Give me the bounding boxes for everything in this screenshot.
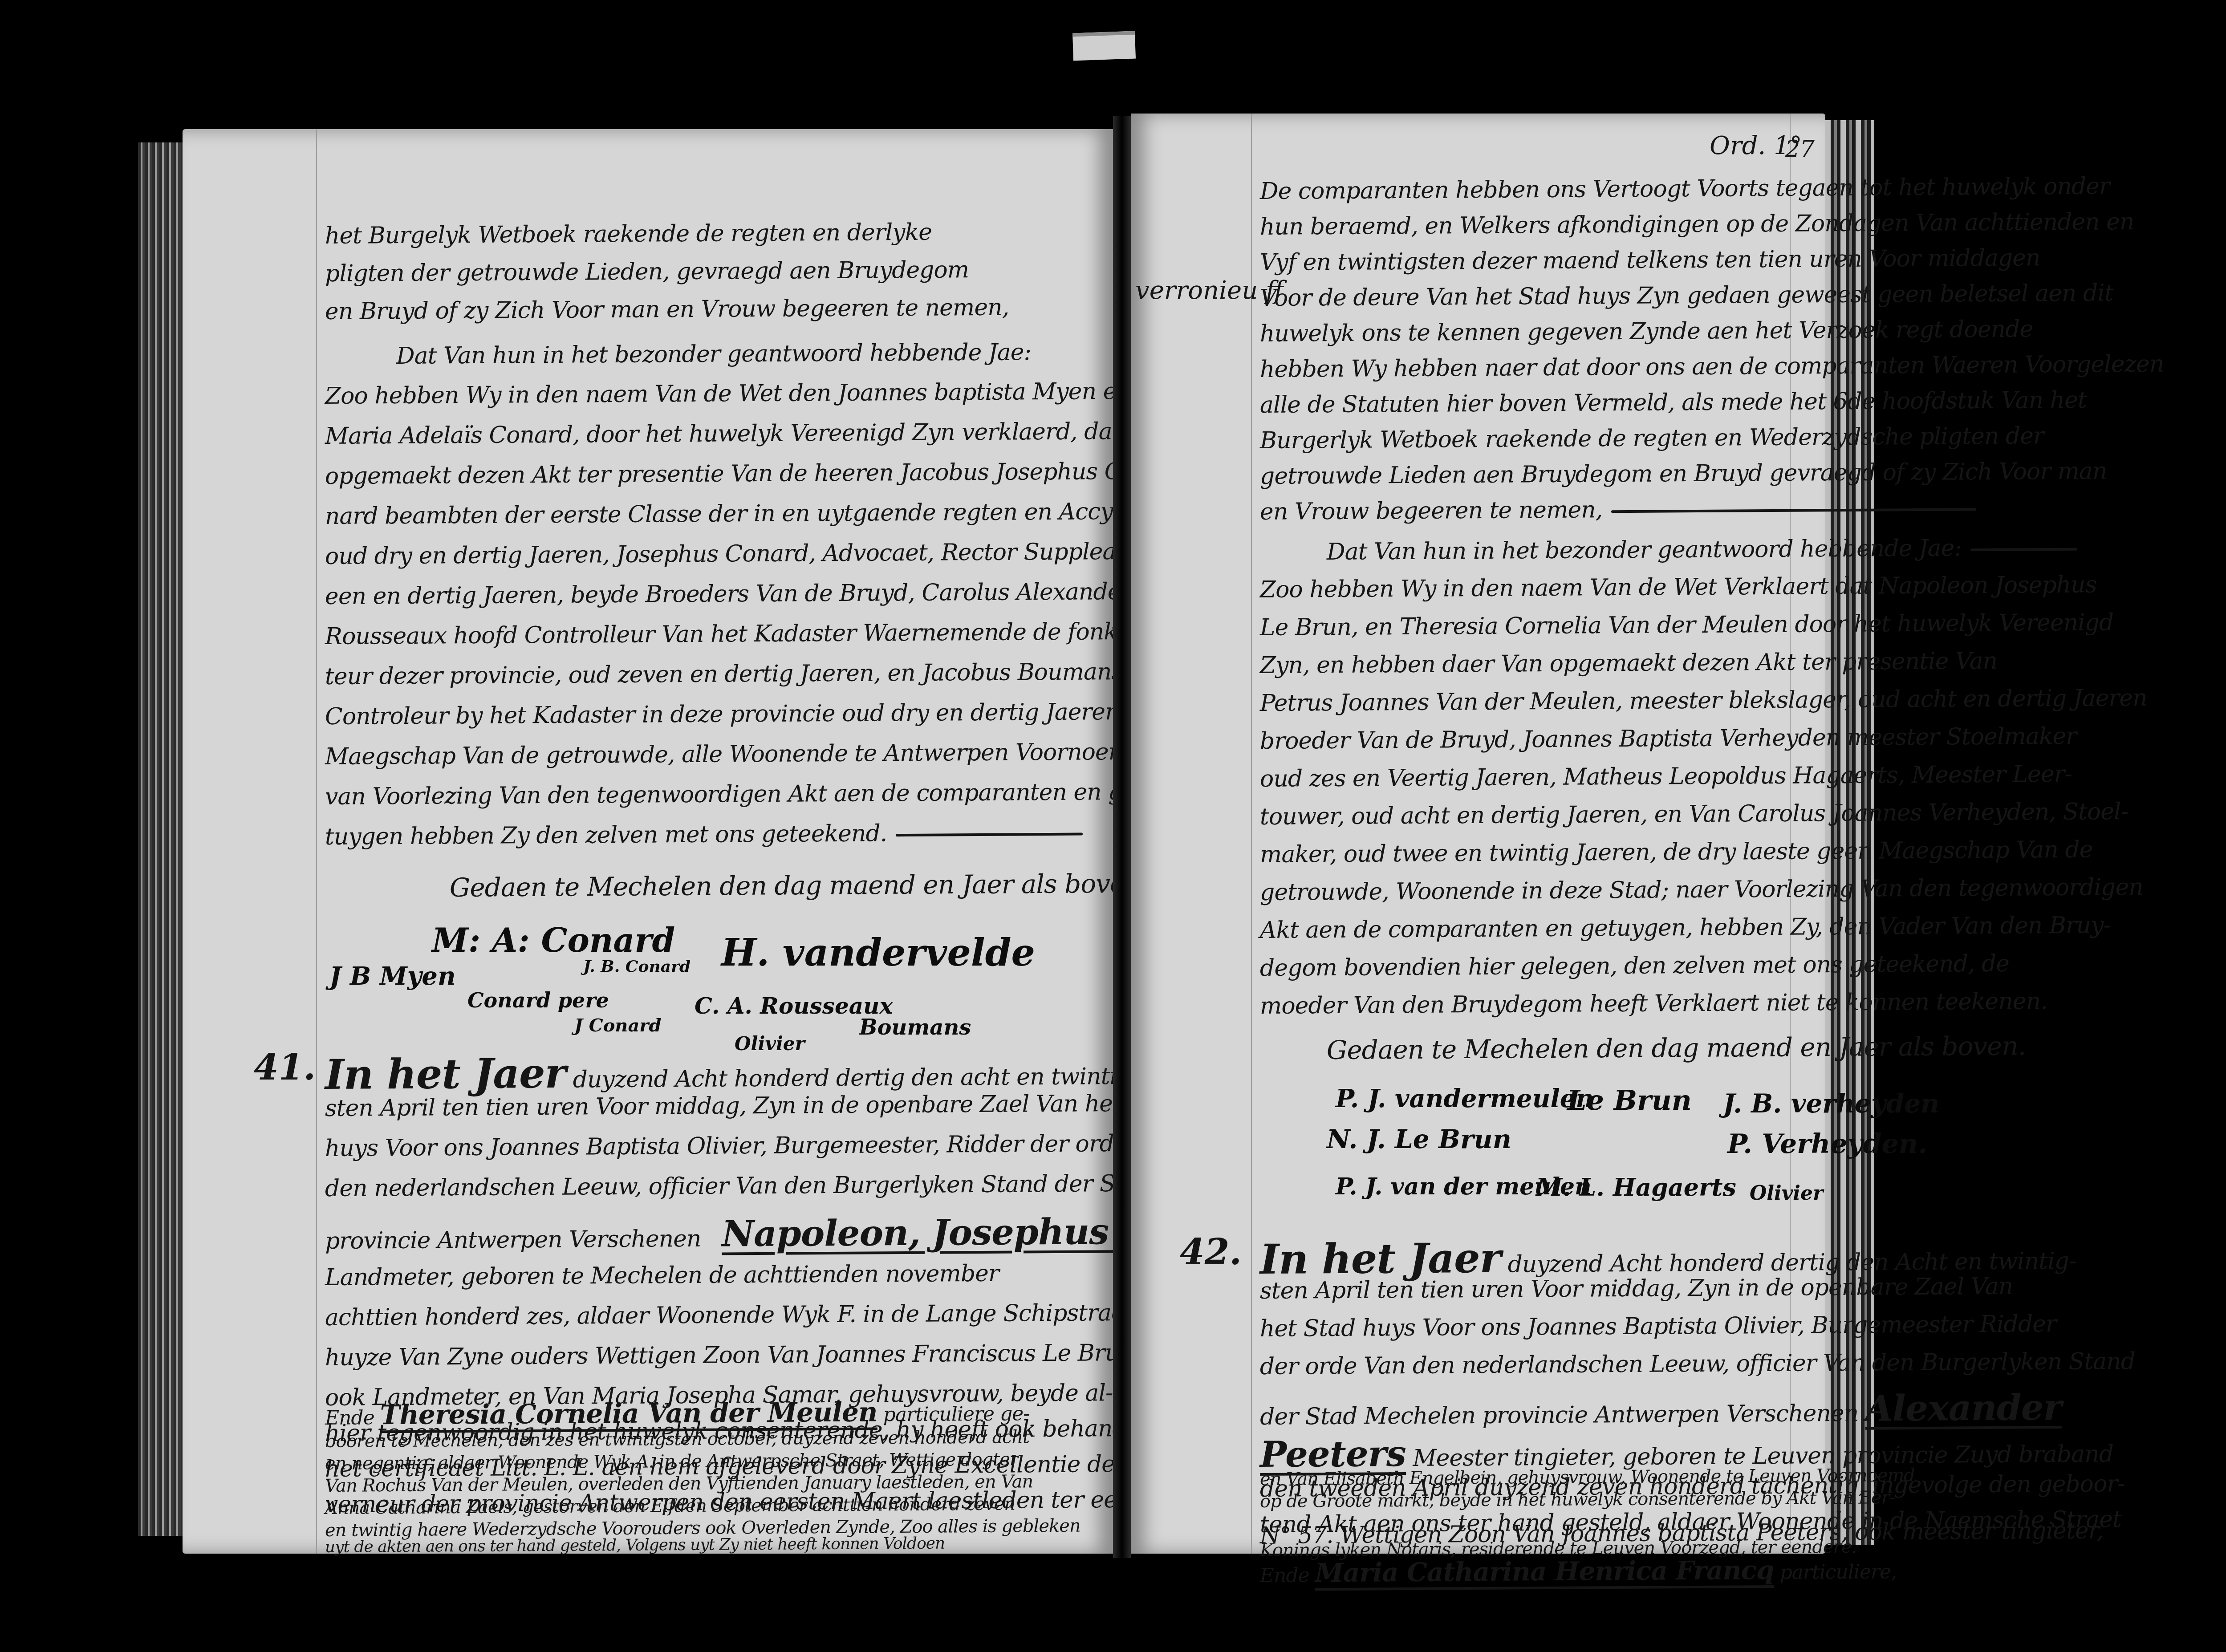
text-line: het Stad huys Voor ons Joannes Baptista … [1260,1311,2056,1342]
text-span: particuliere, [1779,1560,1897,1584]
text-line: De comparanten hebben ons Vertoogt Voort… [1260,173,2110,205]
text-line: maker, oud twee en twintig Jaeren, de dr… [1260,836,2093,868]
entry-number: 41. [254,1046,316,1088]
bride-prefix: Ende [325,1406,374,1429]
text-span: tuygen hebben Zy den zelven met ons gete… [325,820,887,850]
text-line: alle de Statuten hier boven Vermeld, als… [1260,387,2087,418]
text-line: huys Voor ons Joannes Baptista Olivier, … [325,1130,1170,1162]
closing-formula: Gedaen te Mechelen den dag maend en Jaer… [450,868,1149,903]
text-span: Dat Van hun in het bezonder geantwoord h… [1327,535,1962,565]
text-line: oud dry en dertig Jaeren, Josephus Conar… [325,538,1195,570]
text-line: Zoo hebben Wy in den naem Van de Wet den… [325,378,1131,410]
text-line: Zoo hebben Wy in den naem Van de Wet Ver… [1260,572,2097,603]
line-filler-rule [1970,548,2077,551]
text-line: huwelyk ons te kennen gegeven Zynde aen … [1260,316,2033,347]
text-line: Le Brun, en Theresia Cornelia Van der Me… [1260,609,2114,641]
text-line: Anna Catharina Zaels, gestorven den Elfd… [325,1494,1015,1518]
text-line: sten April ten tien uren Voor middag, Zy… [325,1090,1180,1122]
text-line: Voor de deure Van het Stad huys Zyn geda… [1260,280,2113,312]
text-line: en Bruyd of zy Zich Voor man en Vrouw be… [325,294,1009,325]
entry-number: 42. [1180,1231,1242,1273]
entry-opening: In het Jaer [325,1049,566,1099]
bride-line: Ende Theresia Cornelia Van der Meulen pa… [325,1396,1030,1431]
closing-formula: Gedaen te Mechelen den dag maend en Jaer… [1327,1031,2026,1065]
signature: J Conard [574,1015,661,1036]
signature: Boumans [859,1015,971,1040]
text-line: Petrus Joannes Van der Meulen, meester b… [1260,685,2147,717]
signature: N. J. Le Brun [1327,1124,1511,1154]
text-line: Dat Van hun in het bezonder geantwoord h… [1327,534,2077,565]
text-line: pligten der getrouwde Lieden, gevraegd a… [325,256,969,287]
text-span: en Vrouw begeeren te nemen, [1260,496,1603,525]
text-span: duyzend Acht honderd dertig den acht en … [573,1063,1138,1093]
text-line: Dat Van hun in het bezonder geantwoord h… [396,339,1031,369]
signature: Conard pere [467,988,609,1012]
bride-name: Maria Catharina Henrica Francq [1315,1555,1774,1588]
text-line: uyt de akten aen ons ter hand gesteld, V… [325,1534,945,1556]
text-line: Zyn, en hebben daer Van opgemaekt dezen … [1260,648,1998,679]
text-line: booren te Mechelen, den zes en twintigst… [325,1427,1030,1452]
text-line: oud zes en Veertig Jaeren, Matheus Leopo… [1260,761,2072,792]
signature: M. L. Hagaerts [1536,1173,1736,1201]
text-line: huyze Van Zyne ouders Wettigen Zoon Van … [325,1339,1134,1371]
text-line: sten April ten tien uren Voor middag, Zy… [1260,1273,2013,1304]
text-line: achttien honderd zes, aldaer Woonende Wy… [325,1299,1184,1331]
line-filler-rule [896,832,1083,836]
signature: M: A: Conard [432,921,675,960]
text-line: het Burgelyk Wetboek raekende de regten … [325,219,932,249]
text-line: teur dezer provincie, oud zeven en derti… [325,658,1123,690]
text-span: der Stad Mechelen provincie Antwerpen Ve… [1260,1400,1858,1430]
text-line: en Vrouw begeeren te nemen, [1260,494,1976,525]
groom-first-name: Alexander [1865,1386,2062,1429]
text-line: Akt aen de comparanten en getuygen, hebb… [1260,912,2111,944]
text-span: particuliere ge- [883,1402,1029,1426]
text-span: provincie Antwerpen Verschenen [325,1226,701,1254]
bride-line: Ende Maria Catharina Henrica Francq part… [1260,1554,1897,1588]
text-line: Landmeter, geboren te Mechelen de achtti… [325,1260,999,1291]
text-line: opgemaekt dezen Akt ter presentie Van de… [325,458,1143,490]
right-page: Ord. 1° 27 verronieu ff De comparanten h… [1131,114,1825,1554]
text-line: Van Rochus Van der Meulen, overleden den… [325,1471,1033,1496]
text-line: van Voorlezing Van den tegenwoordigen Ak… [325,779,1143,810]
text-line: Vyf en twintigsten dezer maend telkens t… [1260,244,2040,276]
signature: P. J. vandermeulen [1336,1084,1594,1113]
signature: J. B. verheyden [1723,1088,1939,1119]
text-line: en negentig, aldaer Woonende Wyk A. in d… [325,1449,1018,1474]
text-line: getrouwde, Woonende in deze Stad; naer V… [1260,874,2143,906]
signature: J. B. Conard [583,957,691,976]
text-line: nard beambten der eerste Classe der in e… [325,498,1174,530]
text-line: tuygen hebben Zy den zelven met ons gete… [325,819,1083,850]
text-line: hun beraemd, en Welkers afkondigingen op… [1260,208,2134,240]
signature: P. Verheyden. [1727,1128,1927,1160]
bride-prefix: Ende [1260,1564,1309,1587]
folio-number: 27 [1785,136,1815,162]
text-line: touwer, oud acht en dertig Jaeren, en Va… [1260,798,2128,830]
text-line: Burgerlyk Wetboek raekende de regten en … [1260,422,2044,454]
book-gutter [1113,116,1131,1558]
text-line: moeder Van den Bruydegom heeft Verklaert… [1260,988,2047,1019]
line-filler-rule [1611,508,1976,513]
text-line: op de Groote markt, beyde in het huwelyk… [1260,1487,1895,1512]
text-line: degom bovendien hier gelegen, den zelven… [1260,950,2009,982]
signature: J B Myen [329,962,456,991]
left-margin-rule [1251,114,1252,1554]
text-line: hebben Wy hebben naer dat door ons aen d… [1260,351,2164,383]
left-page: het Burgelyk Wetboek raekende de regten … [183,129,1113,1554]
text-line: Maegschap Van de getrouwde, alle Woonend… [325,739,1151,770]
signature: Le Brun [1567,1084,1692,1116]
bride-name: Theresia Cornelia Van der Meulen [380,1396,877,1431]
text-line: der Stad Mechelen provincie Antwerpen Ve… [1260,1386,2062,1433]
text-line: en Van Elisabeth Engelbein, gehuysvrouw,… [1260,1465,1915,1490]
top-paper-tab [1072,31,1136,61]
text-line: Maria Adelaïs Conard, door het huwelyk V… [325,418,1185,450]
signature: Olivier [1750,1182,1823,1205]
text-line: der orde Van den nederlandschen Leeuw, o… [1260,1348,2135,1380]
text-line: een en dertig Jaeren, beyde Broeders Van… [325,578,1132,610]
left-margin-rule [316,129,317,1554]
text-line: getrouwde Lieden aen Bruydegom en Bruyd … [1260,458,2107,490]
text-line: broeder Van de Bruyd, Joannes Baptista V… [1260,723,2076,755]
signature: H. vandervelde [721,930,1035,974]
left-page-stack-edge [138,142,183,1536]
